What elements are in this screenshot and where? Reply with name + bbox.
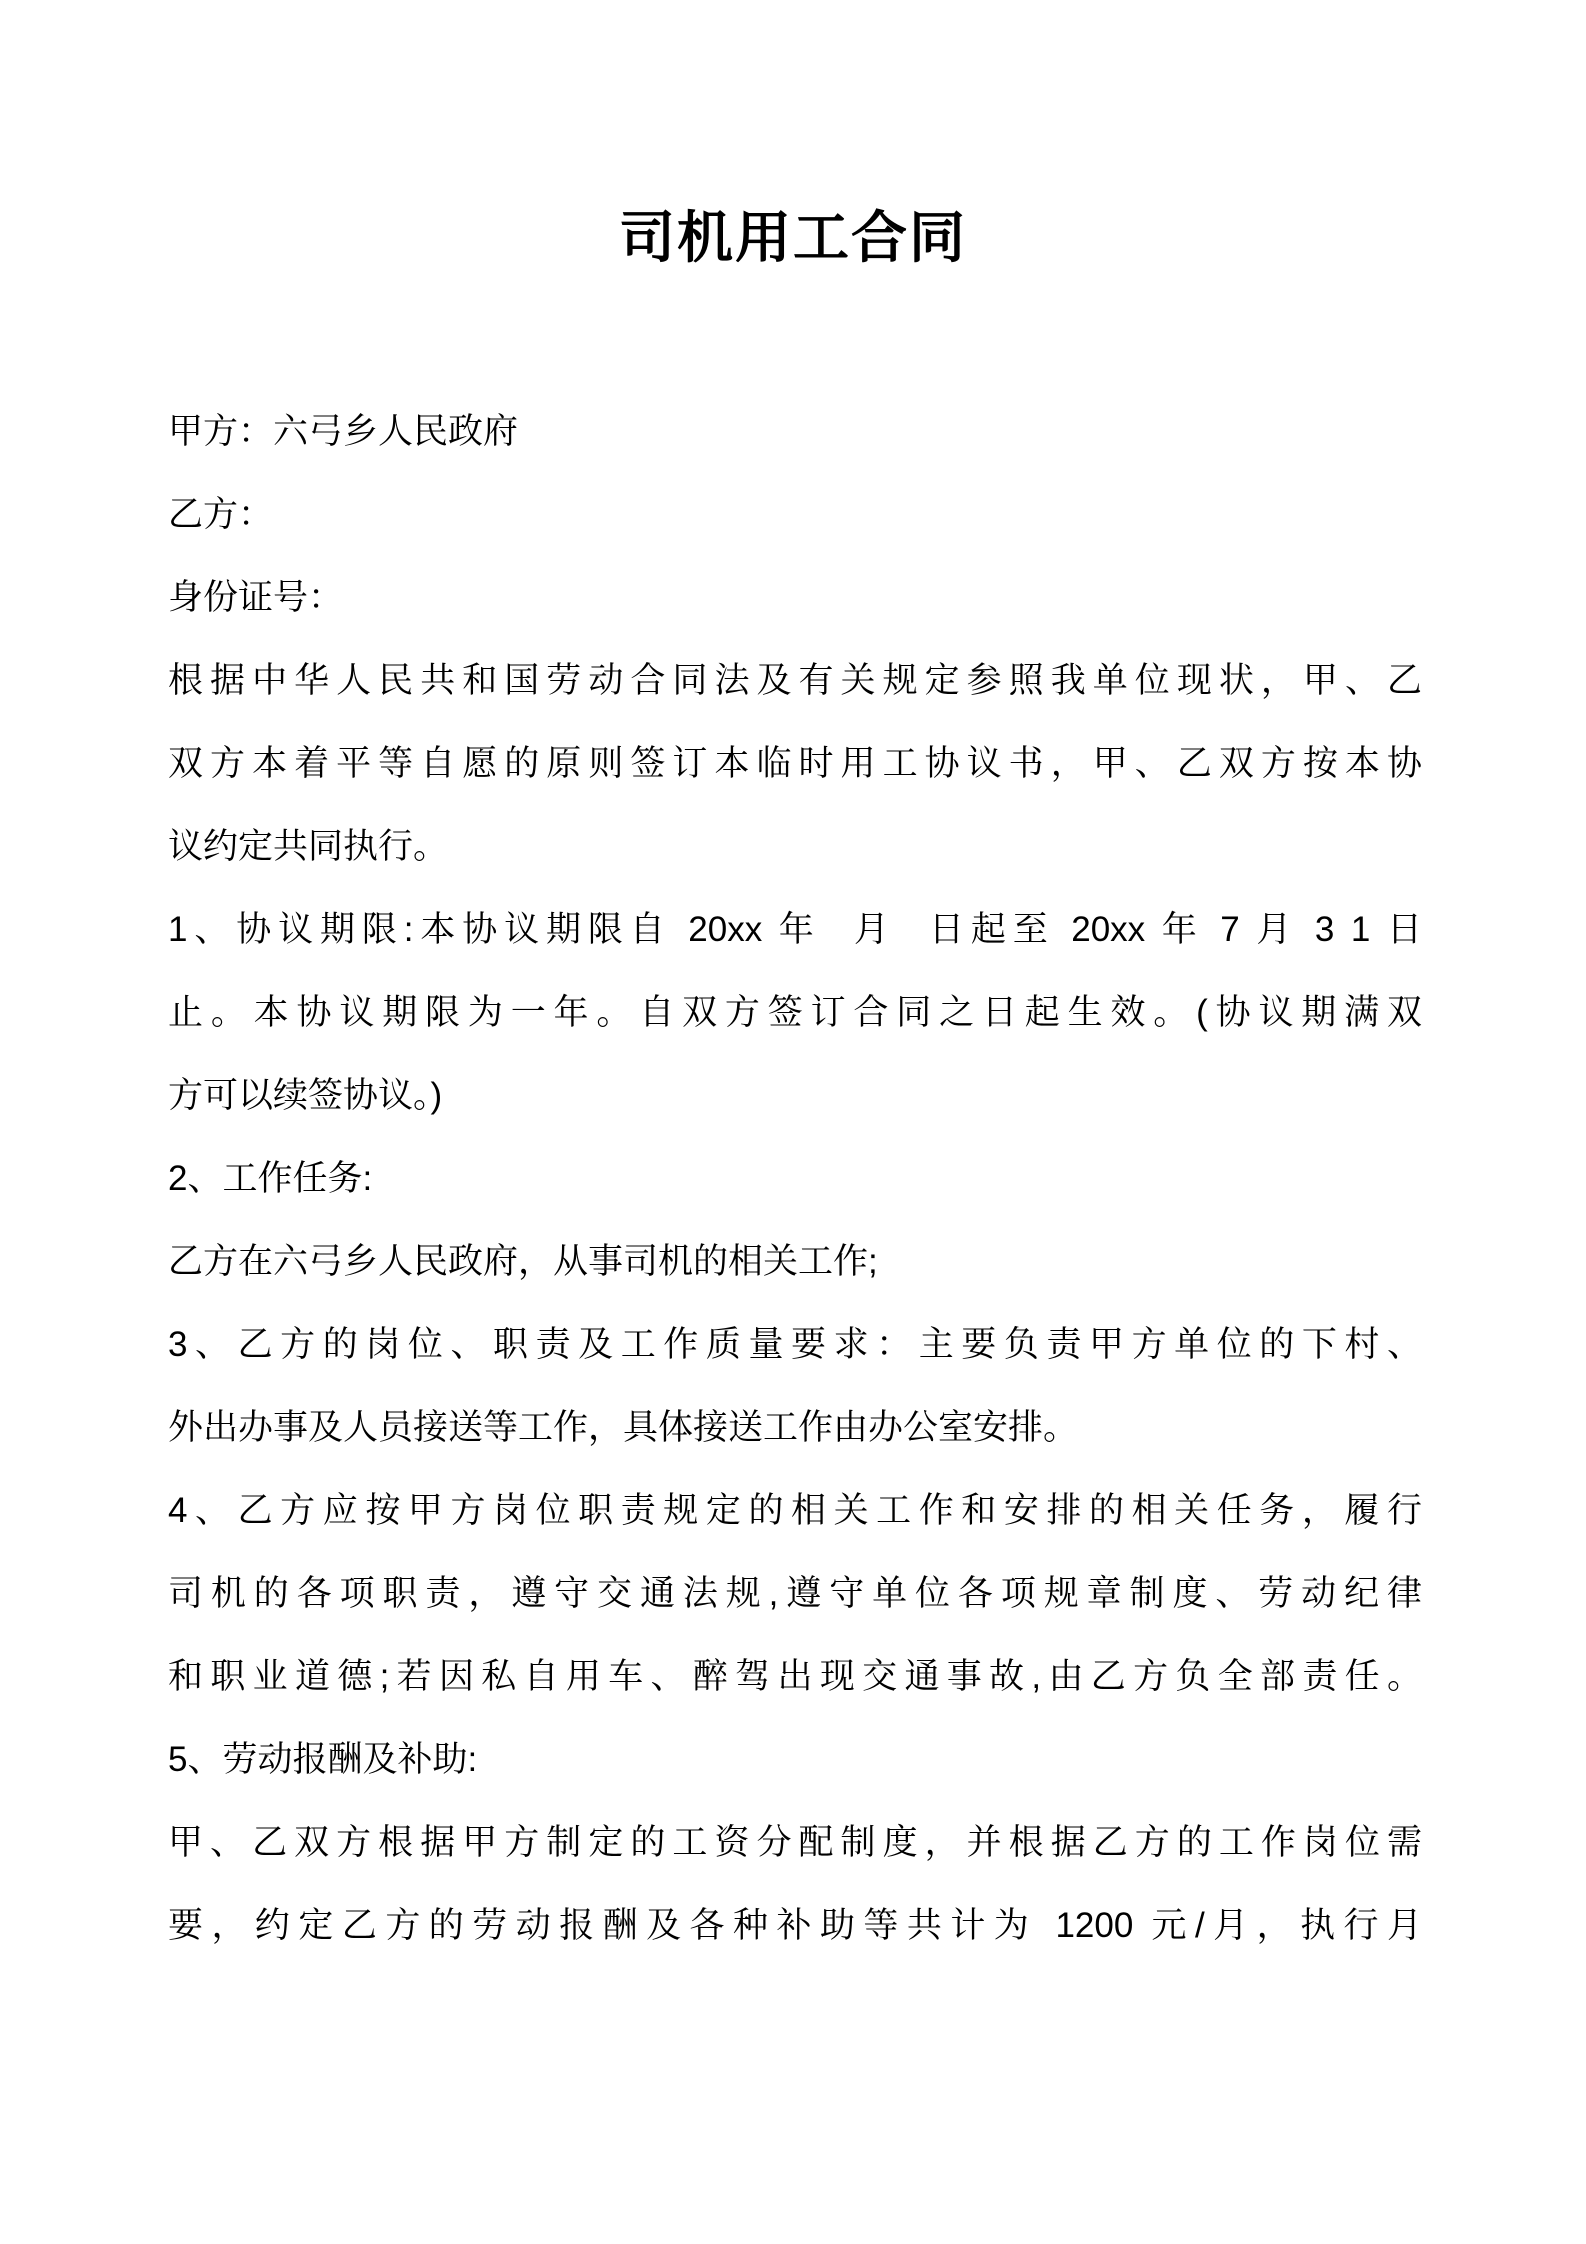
text-line-clause-1c: 方可以续签协议。) [168, 1054, 1422, 1137]
text-line-clause-3a: 3、乙方的岗位、职责及工作质量要求：主要负责甲方单位的下村、 [168, 1303, 1422, 1386]
text-line-party-a: 甲方：六弓乡人民政府 [168, 390, 1422, 473]
text-line-clause-4a: 4、乙方应按甲方岗位职责规定的相关工作和安排的相关任务，履行 [168, 1469, 1422, 1552]
text-line-clause-5c: 要，约定乙方的劳动报酬及各种补助等共计为 1200 元/月，执行月 [168, 1884, 1422, 1967]
text-line-clause-4c: 和职业道德;若因私自用车、醉驾出现交通事故,由乙方负全部责任。 [168, 1635, 1422, 1718]
contract-document-page: 司机用工合同 甲方：六弓乡人民政府 乙方： 身份证号： 根据中华人民共和国劳动合… [0, 0, 1586, 2244]
document-body: 甲方：六弓乡人民政府 乙方： 身份证号： 根据中华人民共和国劳动合同法及有关规定… [168, 390, 1422, 1967]
text-line-clause-5a: 5、劳动报酬及补助: [168, 1718, 1422, 1801]
text-line-clause-4b: 司机的各项职责，遵守交通法规,遵守单位各项规章制度、劳动纪律 [168, 1552, 1422, 1635]
text-line-clause-3b: 外出办事及人员接送等工作，具体接送工作由办公室安排。 [168, 1386, 1422, 1469]
document-title: 司机用工合同 [0, 203, 1586, 273]
text-line-intro-2: 双方本着平等自愿的原则签订本临时用工协议书，甲、乙双方按本协 [168, 722, 1422, 805]
text-line-clause-1a: 1、协议期限:本协议期限自 20xx 年 月 日起至 20xx 年 7 月 3 … [168, 888, 1422, 971]
text-line-intro-1: 根据中华人民共和国劳动合同法及有关规定参照我单位现状，甲、乙 [168, 639, 1422, 722]
text-line-clause-2a: 2、工作任务: [168, 1137, 1422, 1220]
text-line-clause-1b: 止。本协议期限为一年。自双方签订合同之日起生效。(协议期满双 [168, 971, 1422, 1054]
text-line-party-b: 乙方： [168, 473, 1422, 556]
text-line-id-number: 身份证号： [168, 556, 1422, 639]
text-line-clause-5b: 甲、乙双方根据甲方制定的工资分配制度，并根据乙方的工作岗位需 [168, 1801, 1422, 1884]
text-line-clause-2b: 乙方在六弓乡人民政府，从事司机的相关工作; [168, 1220, 1422, 1303]
text-line-intro-3: 议约定共同执行。 [168, 805, 1422, 888]
